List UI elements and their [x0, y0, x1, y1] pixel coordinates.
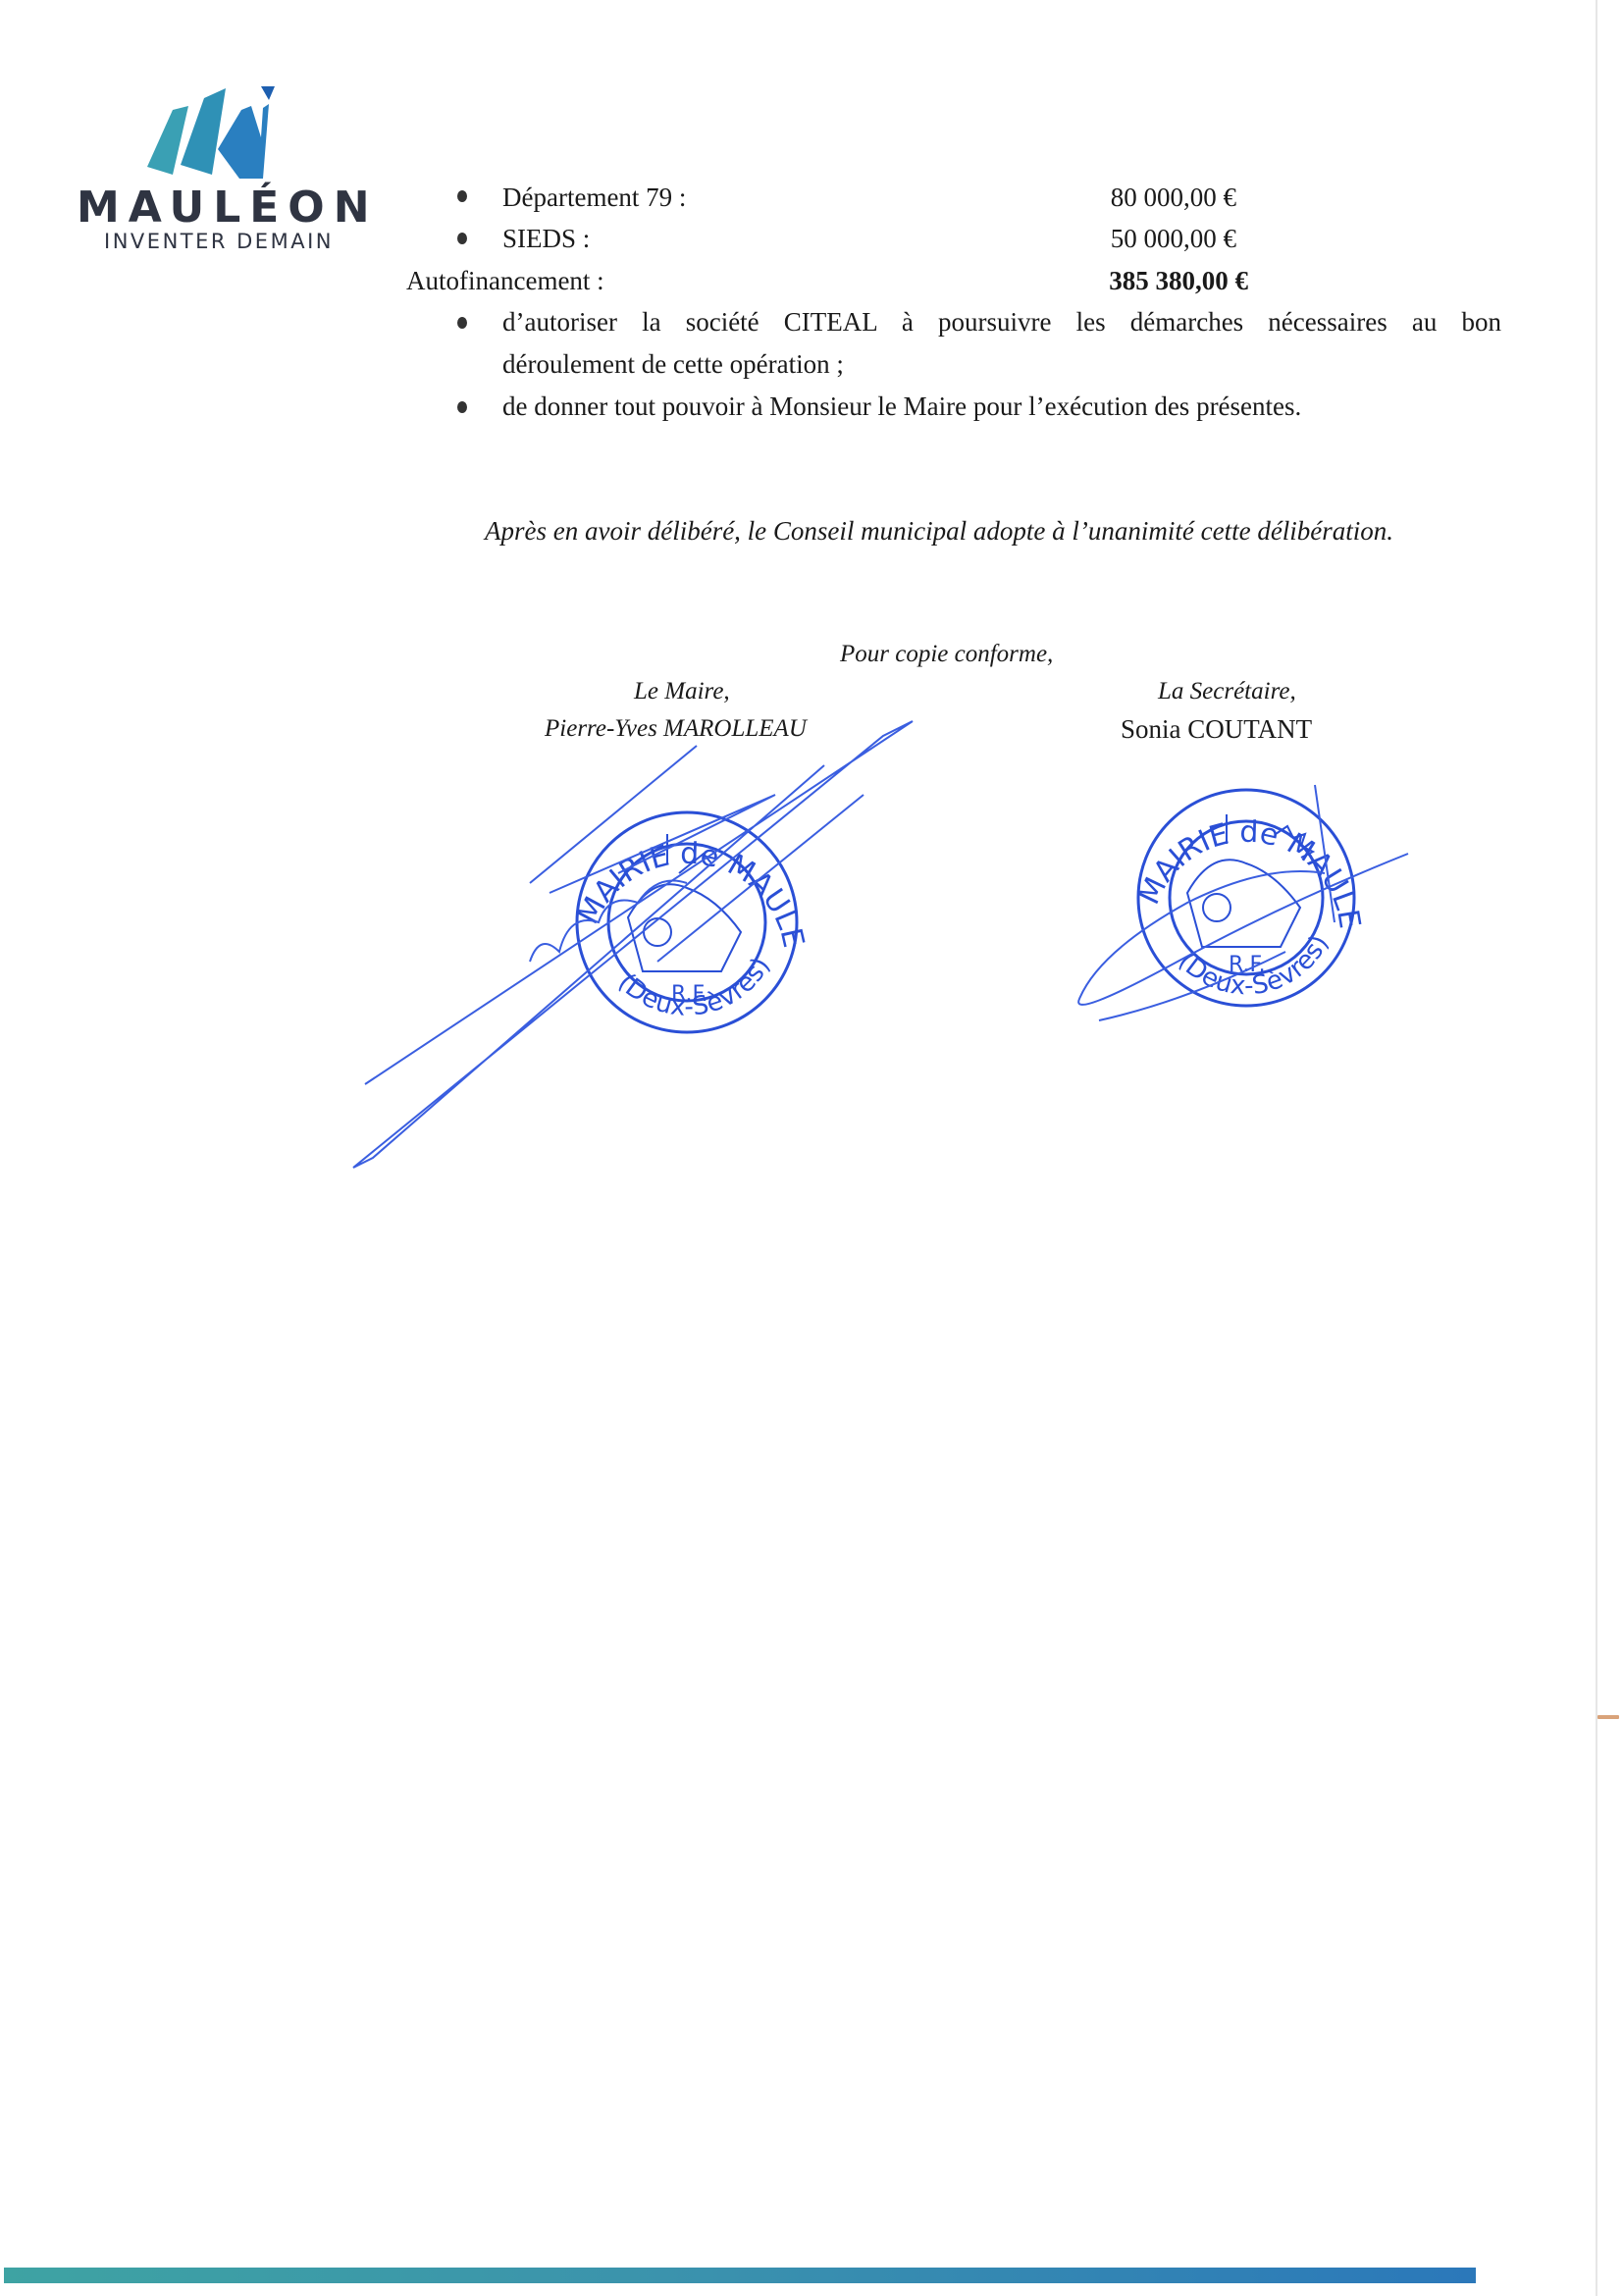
footer-band — [4, 2268, 1476, 2283]
financing-label: SIEDS : — [502, 222, 590, 255]
bullet-icon — [457, 401, 467, 413]
mauleon-logo: MAULÉON INVENTER DEMAIN — [77, 77, 361, 263]
logo-m-icon — [145, 77, 292, 180]
decision-item-text: de donner tout pouvoir à Monsieur le Mai… — [502, 390, 1301, 423]
bullet-icon — [457, 190, 467, 202]
svg-text:R.F.: R.F. — [671, 982, 708, 1007]
secretary-title: La Secrétaire, — [1158, 675, 1296, 708]
scan-margin-mark — [1597, 1715, 1619, 1719]
secretary-stamp-and-signature: MAIRIE de MAULEON (Deux-Sèvres) R.F. — [1040, 765, 1433, 1060]
secretary-name: Sonia COUTANT — [1121, 712, 1312, 746]
logo-wordmark: MAULÉON — [77, 183, 361, 233]
financing-amount: 50 000,00 € — [942, 222, 1236, 255]
mayor-stamp-and-signature: MAIRIE de MAULEON (Deux-Sèvres) R.F. — [334, 706, 942, 1177]
logo-tagline: INVENTER DEMAIN — [77, 230, 361, 253]
adoption-statement: Après en avoir délibéré, le Conseil muni… — [485, 514, 1393, 548]
svg-text:MAIRIE de MAULEON: MAIRIE de MAULEON — [334, 706, 811, 951]
bullet-icon — [457, 317, 467, 329]
financing-label: Département 79 : — [502, 181, 686, 214]
mayor-title: Le Maire, — [634, 675, 730, 708]
decision-item-continuation: déroulement de cette opération ; — [502, 347, 844, 381]
scan-edge-line — [1596, 0, 1597, 2296]
decision-item-text: d’autoriser la société CITEAL à poursuiv… — [502, 305, 1501, 339]
self-funding-amount: 385 380,00 € — [954, 264, 1248, 297]
certification-text: Pour copie conforme, — [840, 638, 1053, 671]
financing-amount: 80 000,00 € — [942, 181, 1236, 214]
self-funding-label: Autofinancement : — [406, 264, 604, 297]
bullet-icon — [457, 233, 467, 244]
